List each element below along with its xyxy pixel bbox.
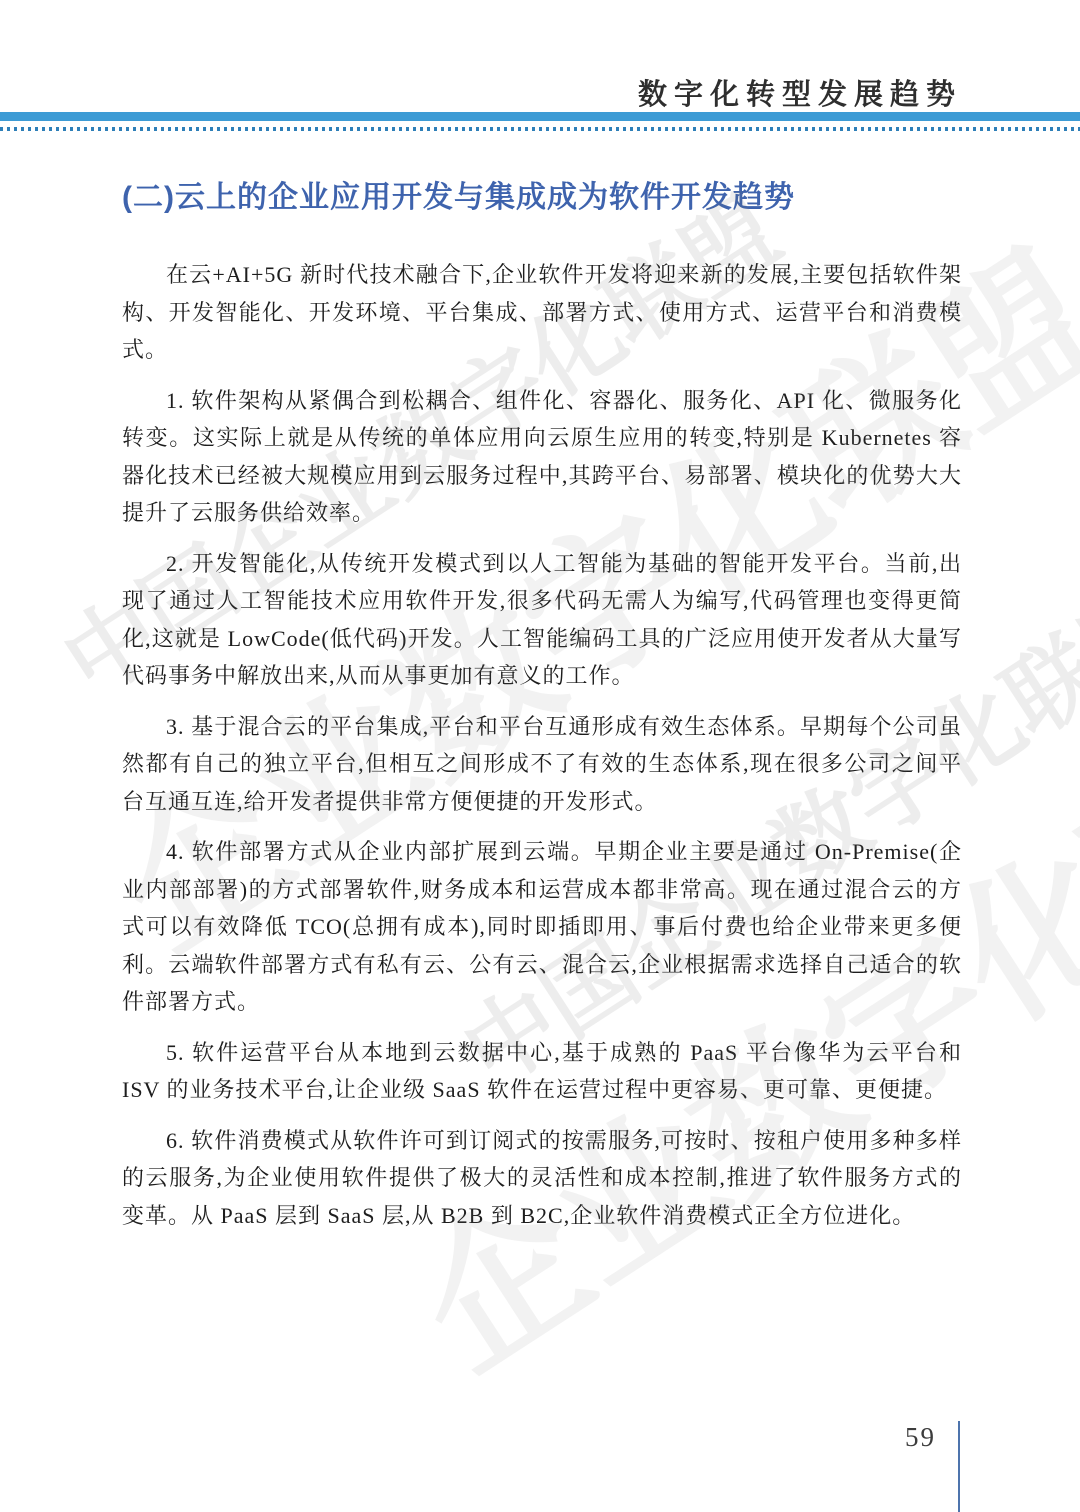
body-paragraph-item4: 4. 软件部署方式从企业内部扩展到云端。早期企业主要是通过 On-Premise… <box>122 833 962 1021</box>
page-header-title: 数字化转型发展趋势 <box>638 72 962 113</box>
page-body: (二)云上的企业应用开发与集成成为软件开发趋势 在云+AI+5G 新时代技术融合… <box>122 172 962 1247</box>
header-dotted-divider <box>0 127 1080 131</box>
body-paragraph-item2: 2. 开发智能化,从传统开发模式到以人工智能为基础的智能开发平台。当前,出现了通… <box>122 545 962 695</box>
body-paragraph-item5: 5. 软件运营平台从本地到云数据中心,基于成熟的 PaaS 平台像华为云平台和 … <box>122 1034 962 1109</box>
section-title: (二)云上的企业应用开发与集成成为软件开发趋势 <box>122 172 962 216</box>
body-paragraph-item1: 1. 软件架构从紧偶合到松耦合、组件化、容器化、服务化、API 化、微服务化转变… <box>122 382 962 532</box>
page-number: 59 <box>905 1422 936 1453</box>
body-paragraph-intro: 在云+AI+5G 新时代技术融合下,企业软件开发将迎来新的发展,主要包括软件架构… <box>122 256 962 369</box>
body-paragraph-item3: 3. 基于混合云的平台集成,平台和平台互通形成有效生态体系。早期每个公司虽然都有… <box>122 708 962 821</box>
header-solid-divider <box>0 112 1080 121</box>
footer-vertical-rule <box>958 1421 960 1512</box>
body-paragraph-item6: 6. 软件消费模式从软件许可到订阅式的按需服务,可按时、按租户使用多种多样的云服… <box>122 1122 962 1235</box>
